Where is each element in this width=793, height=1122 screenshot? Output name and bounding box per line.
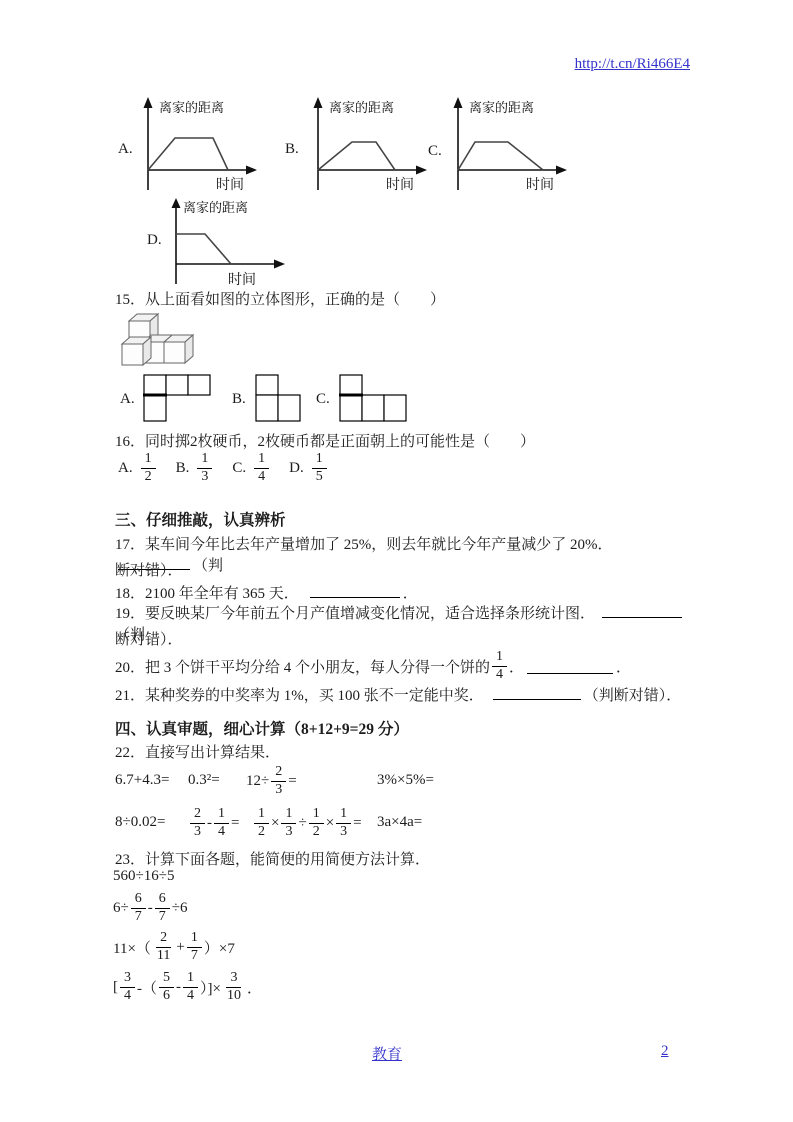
expr-part: -（ <box>137 977 157 998</box>
question-17-text: 17．某车间今年比去年产量增加了 25%，则去年就比今年产量减少了 20%． <box>115 537 613 553</box>
expr-part: 12÷ <box>246 773 269 790</box>
y-axis-arrow-icon <box>314 97 323 108</box>
expr-part: ． <box>247 977 262 998</box>
graph-d-plot: 离家的距离 时间 <box>166 196 294 291</box>
q16-options: A. 12 B. 13 C. 14 D. 15 <box>118 452 329 484</box>
fraction: 12 <box>254 807 269 839</box>
cube-figure-svg <box>112 312 196 370</box>
expr-part: + <box>176 939 184 956</box>
expr-part: × <box>326 815 334 832</box>
fraction: 12 <box>141 452 156 484</box>
question-21-text: 21．某种奖券的中奖率为 1%，买 100 张不一定能中奖． <box>115 688 484 704</box>
x-axis-arrow-icon <box>556 166 567 175</box>
document-page: http://t.cn/Ri466E4 A. 离家的距离 时间 B. 离家的距离… <box>0 0 793 1122</box>
q15-option-c-grid <box>339 374 407 423</box>
question-20: 20．把 3 个饼干平均分给 4 个小朋友，每人分得一个饼的14．． <box>115 650 631 682</box>
fraction: 14 <box>183 971 198 1003</box>
q15-option-a-label: A. <box>120 391 135 408</box>
q15-option-a-grid <box>143 374 211 423</box>
question-17-suffix: （判 <box>193 558 223 574</box>
y-axis-arrow-icon <box>144 97 153 108</box>
q16-option-a-label: A. <box>118 460 133 477</box>
q16-option-d-label: D. <box>289 460 304 477</box>
graph-ylabel: 离家的距离 <box>329 100 394 115</box>
answer-blank <box>602 603 682 618</box>
graph-xlabel: 时间 <box>216 177 244 193</box>
section-3-heading: 三、仔细推敲，认真辨析 <box>115 508 286 530</box>
graph-xlabel: 时间 <box>386 177 414 193</box>
y-axis-arrow-icon <box>454 97 463 108</box>
question-18-text: 18．2100 年全年有 365 天． <box>115 586 299 602</box>
x-axis-arrow-icon <box>246 166 257 175</box>
q23-expression: 11×（211+17）×7 <box>113 929 235 965</box>
q22-expression: 3%×5%= <box>377 772 434 789</box>
question-16-text: 16．同时掷2枚硬币，2枚硬币都是正面朝上的可能性是（ ） <box>115 430 535 451</box>
q15-option-b-label: B. <box>232 391 246 408</box>
q22-expression: 23-14= <box>188 805 239 841</box>
question-21: 21．某种奖券的中奖率为 1%，买 100 张不一定能中奖．（判断对错）． <box>115 684 681 705</box>
expr-part: = <box>288 773 296 790</box>
fraction: 23 <box>190 807 205 839</box>
graph-b: 离家的距离 时间 <box>308 95 436 195</box>
graph-a-curve <box>148 138 228 170</box>
fraction: 14 <box>214 807 229 839</box>
graph-xlabel: 时间 <box>228 272 256 288</box>
footer-page-number[interactable]: 2 <box>661 1043 669 1060</box>
q23-expression: 560÷16÷5 <box>113 868 174 885</box>
fraction: 13 <box>336 807 351 839</box>
q22-expression: 12×13÷12×13= <box>252 805 362 841</box>
expr-part: ÷ <box>298 815 306 832</box>
graph-ylabel: 离家的距离 <box>469 100 534 115</box>
question-21-suffix: （判断对错）． <box>584 688 682 704</box>
q22-expression: 0.3²= <box>188 772 220 789</box>
question-17-line2: 断对错）． <box>115 559 183 580</box>
q23-expression: [34-（56-14）]×310． <box>113 969 262 1005</box>
graph-ylabel: 离家的距离 <box>159 100 224 115</box>
expr-part: - <box>207 815 212 832</box>
answer-blank <box>493 685 581 700</box>
question-22-text: 22．直接写出计算结果． <box>115 741 280 762</box>
header-url-link[interactable]: http://t.cn/Ri466E4 <box>575 56 690 72</box>
fraction: 15 <box>312 452 327 484</box>
expr-part: [ <box>113 979 118 996</box>
question-19-text: 19．要反映某厂今年前五个月产值增减变化情况，适合选择条形统计图． <box>115 606 595 622</box>
graph-a-plot: 离家的距离 时间 <box>138 95 266 195</box>
section-4-heading: 四、认真审题，细心计算（8+12+9=29 分） <box>115 717 409 739</box>
graph-d-curve <box>176 234 231 264</box>
expr-part: = <box>353 815 361 832</box>
question-19: 19．要反映某厂今年前五个月产值增减变化情况，适合选择条形统计图．（判 <box>115 602 690 644</box>
header-url-wrap: http://t.cn/Ri466E4 <box>480 56 690 73</box>
graph-d: 离家的距离 时间 <box>166 196 294 291</box>
footer-link[interactable]: 教育 <box>372 1043 402 1064</box>
graph-c: 离家的距离 时间 <box>448 95 576 195</box>
fraction: 23 <box>271 765 286 797</box>
fraction: 67 <box>131 892 146 924</box>
q16-option-c-label: C. <box>232 460 246 477</box>
expr-part: - <box>176 979 181 996</box>
graph-option-a-label: A. <box>118 141 133 158</box>
q22-expression: 3a×4a= <box>377 814 422 831</box>
graph-a: 离家的距离 时间 <box>138 95 266 195</box>
cube-figure <box>112 312 196 370</box>
expr-part: = <box>231 815 239 832</box>
fraction: 34 <box>120 971 135 1003</box>
question-19-line2: 断对错）． <box>115 628 183 649</box>
graph-b-curve <box>318 142 395 170</box>
q23-expression: 6÷67-67÷6 <box>113 890 187 926</box>
fraction: 67 <box>155 892 170 924</box>
graph-option-d-label: D. <box>147 232 162 249</box>
q16-option-b-label: B. <box>176 460 190 477</box>
graph-xlabel: 时间 <box>526 177 554 193</box>
question-20-period: ． <box>509 656 524 677</box>
expr-part: ）×7 <box>204 937 235 958</box>
question-18: 18．2100 年全年有 365 天．． <box>115 582 418 603</box>
graph-c-plot: 离家的距离 时间 <box>448 95 576 195</box>
q15-option-b-grid <box>255 374 301 423</box>
expr-part: ）]× <box>200 977 221 998</box>
expr-part: - <box>148 900 153 917</box>
graph-c-curve <box>458 142 543 170</box>
question-20-text: 20．把 3 个饼干平均分给 4 个小朋友，每人分得一个饼的 <box>115 656 490 677</box>
y-axis-arrow-icon <box>172 198 181 208</box>
q22-expression: 12÷23= <box>246 763 297 799</box>
x-axis-arrow-icon <box>274 260 285 269</box>
question-15-text: 15．从上面看如图的立体图形，正确的是（ ） <box>115 288 445 309</box>
expr-part: ÷6 <box>172 900 188 917</box>
fraction: 12 <box>309 807 324 839</box>
expr-part: 11×（ <box>113 937 151 958</box>
q22-expression: 8÷0.02= <box>115 814 165 831</box>
fraction: 310 <box>223 971 245 1003</box>
q22-expression: 6.7+4.3= <box>115 772 169 789</box>
graph-option-b-label: B. <box>285 141 299 158</box>
fraction: 14 <box>254 452 269 484</box>
question-20-suffix: ． <box>616 656 631 677</box>
answer-blank <box>527 659 613 674</box>
x-axis-arrow-icon <box>416 166 427 175</box>
fraction: 13 <box>197 452 212 484</box>
answer-blank <box>310 583 400 598</box>
fraction: 13 <box>281 807 296 839</box>
fraction: 17 <box>187 931 202 963</box>
fraction: 14 <box>492 650 507 682</box>
expr-part: 6÷ <box>113 900 129 917</box>
graph-option-c-label: C. <box>428 143 442 160</box>
fraction: 211 <box>153 931 174 963</box>
question-23-text: 23．计算下面各题，能简便的用简便方法计算． <box>115 848 430 869</box>
graph-b-plot: 离家的距离 时间 <box>308 95 436 195</box>
question-17: 17．某车间今年比去年产量增加了 25%，则去年就比今年产量减少了 20%．（判 <box>115 533 685 575</box>
question-18-suffix: ． <box>403 586 418 602</box>
q15-option-c-label: C. <box>316 391 330 408</box>
expr-part: × <box>271 815 279 832</box>
graph-ylabel: 离家的距离 <box>183 200 248 215</box>
fraction: 56 <box>159 971 174 1003</box>
